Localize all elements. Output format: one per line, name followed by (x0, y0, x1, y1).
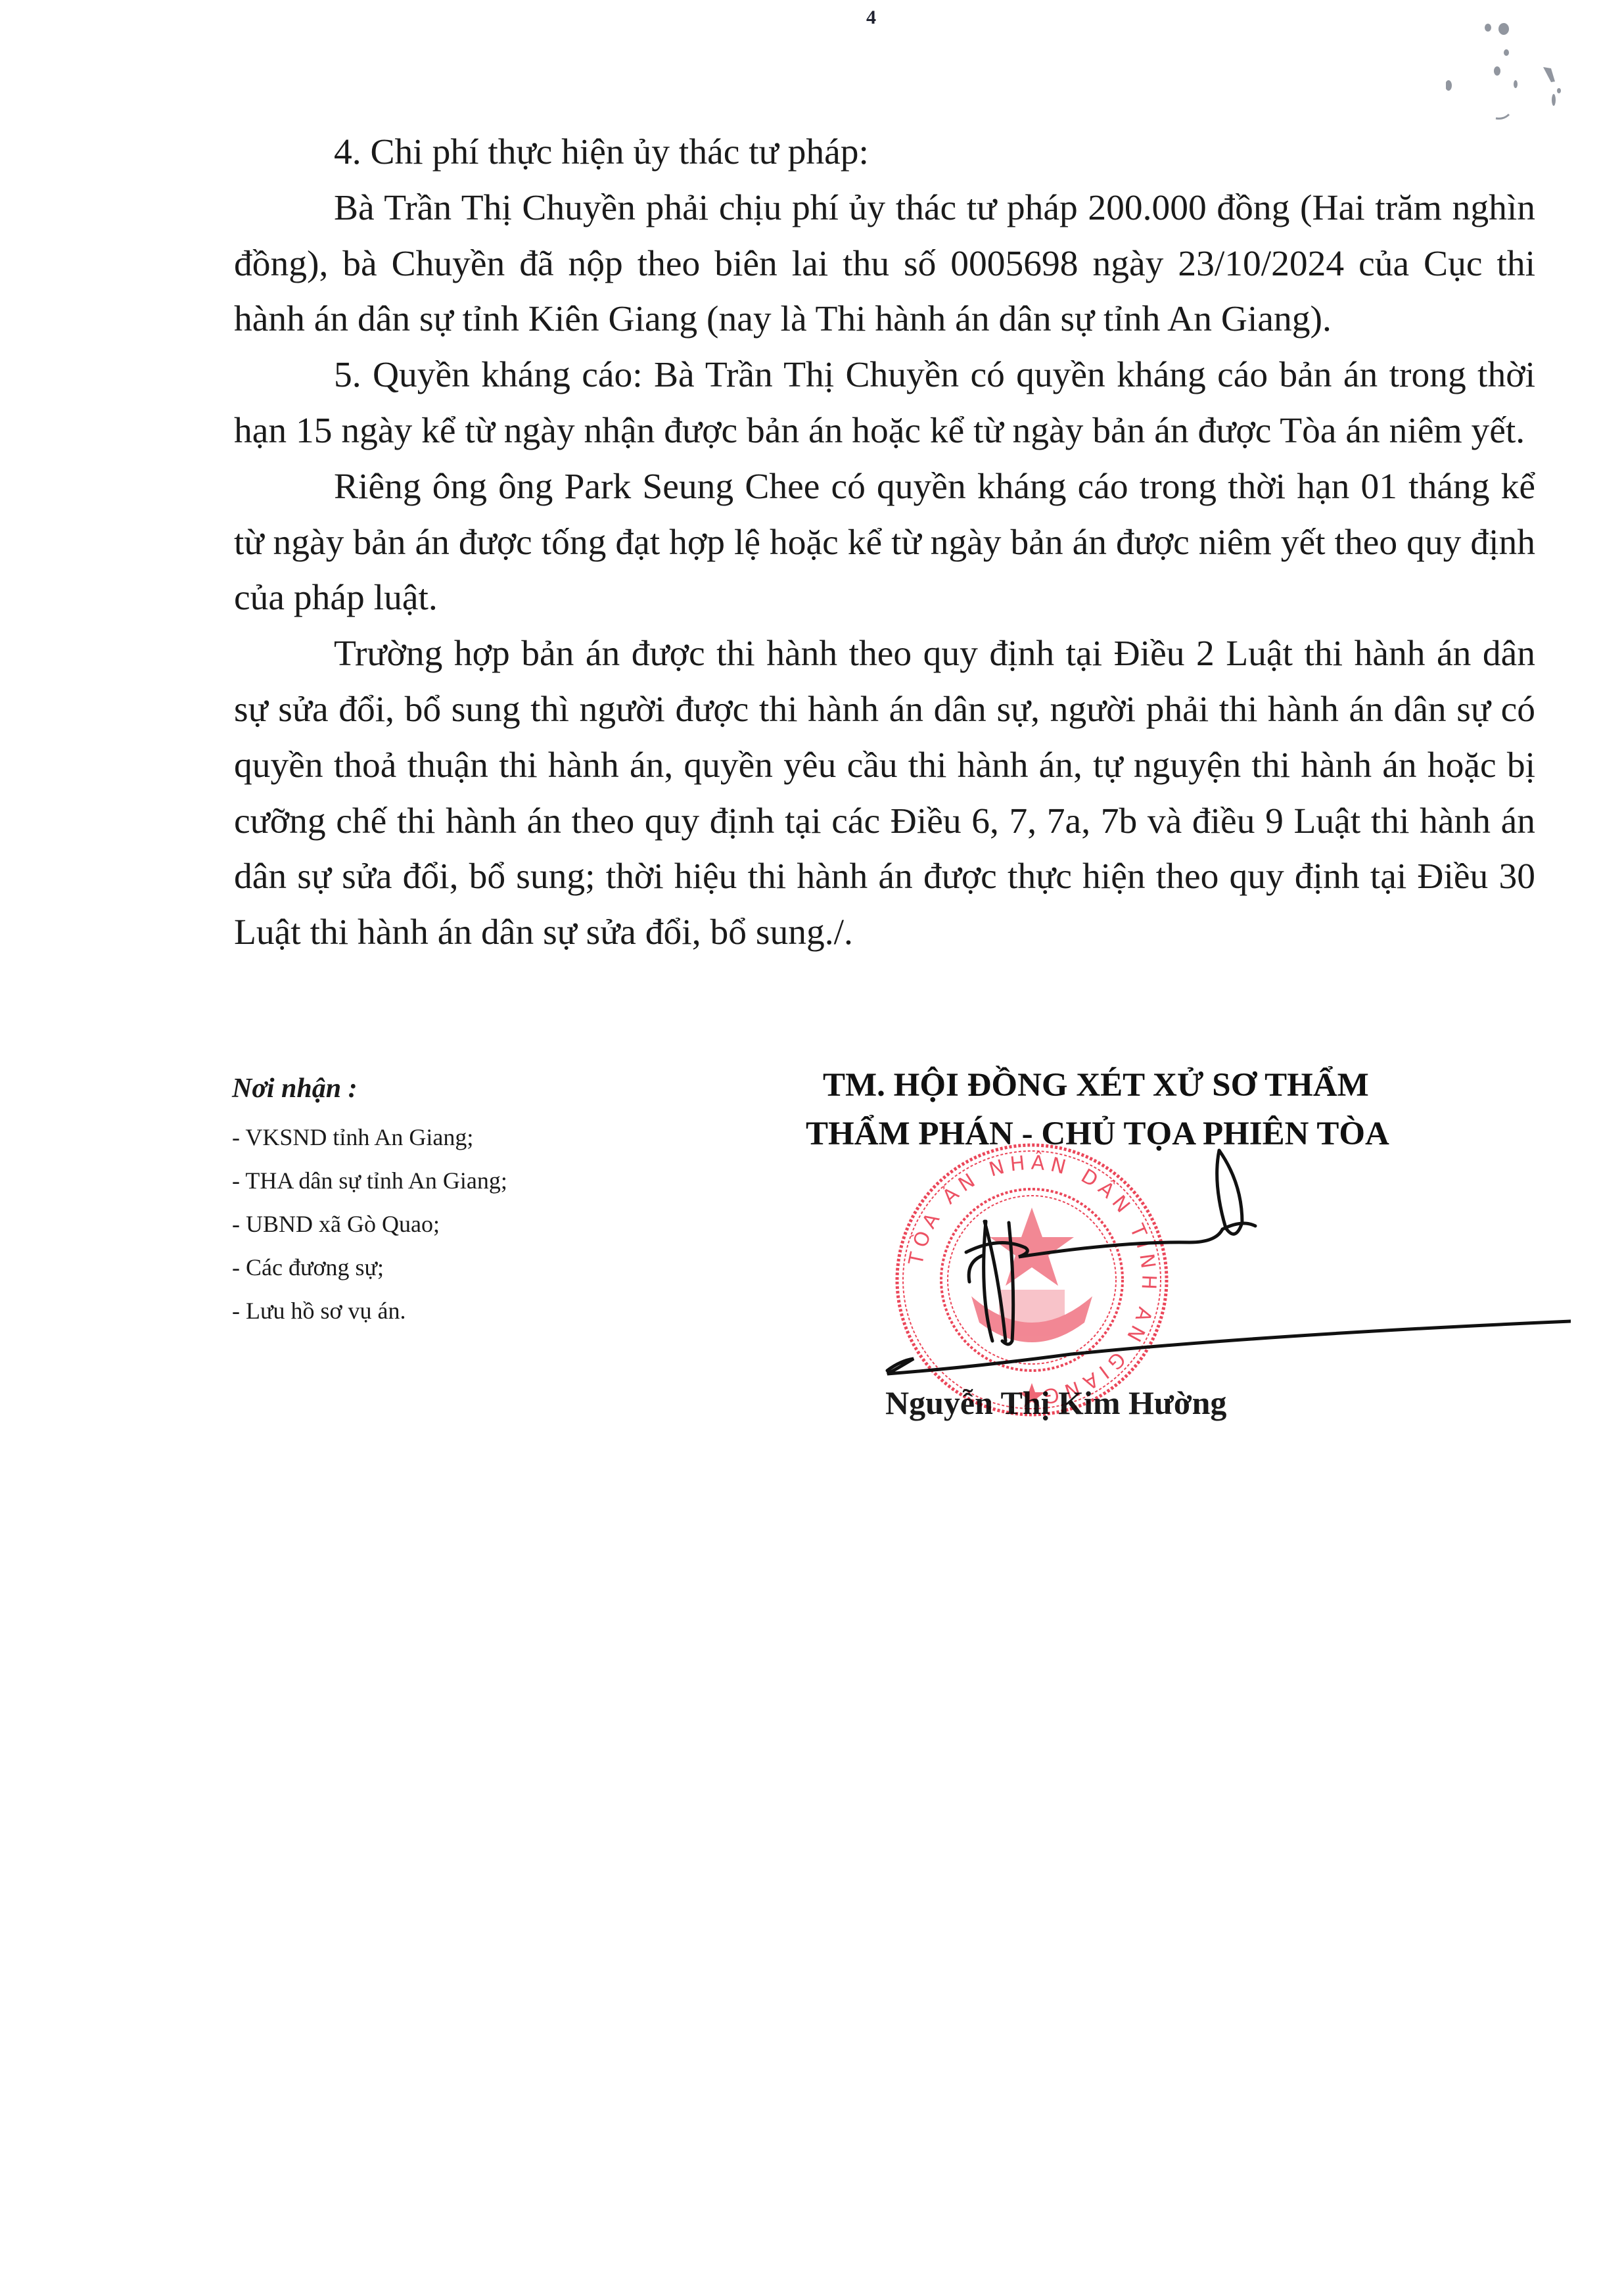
recipient-item: VKSND tỉnh An Giang; (232, 1116, 692, 1159)
paragraph-costs: Bà Trần Thị Chuyền phải chịu phí ủy thác… (234, 181, 1535, 348)
recipient-item: UBND xã Gò Quao; (232, 1202, 692, 1246)
page-number: 4 (866, 7, 876, 29)
recipients-block: Nơi nhận : VKSND tỉnh An Giang; THA dân … (232, 1068, 692, 1332)
scan-artifact-specks (1446, 0, 1624, 145)
recipient-item: Các đương sự; (232, 1246, 692, 1289)
signature-title-council: TM. HỘI ĐỒNG XÉT XỬ SƠ THẨM (823, 1066, 1369, 1104)
section-heading-costs: 4. Chi phí thực hiện ủy thác tư pháp: (234, 125, 1535, 181)
recipient-item: THA dân sự tỉnh An Giang; (232, 1159, 692, 1202)
recipients-list: VKSND tỉnh An Giang; THA dân sự tỉnh An … (232, 1116, 692, 1332)
paragraph-appeal-right-foreign: Riêng ông ông Park Seung Chee có quyền k… (234, 459, 1535, 626)
recipient-item: Lưu hồ sơ vụ án. (232, 1289, 692, 1332)
paragraph-appeal-right: 5. Quyền kháng cáo: Bà Trần Thị Chuyền c… (234, 348, 1535, 459)
recipients-title: Nơi nhận : (232, 1068, 692, 1109)
handwritten-signature (874, 1144, 1571, 1394)
judgment-body: 4. Chi phí thực hiện ủy thác tư pháp: Bà… (234, 125, 1535, 961)
paragraph-enforcement: Trường hợp bản án được thi hành theo quy… (234, 626, 1535, 961)
